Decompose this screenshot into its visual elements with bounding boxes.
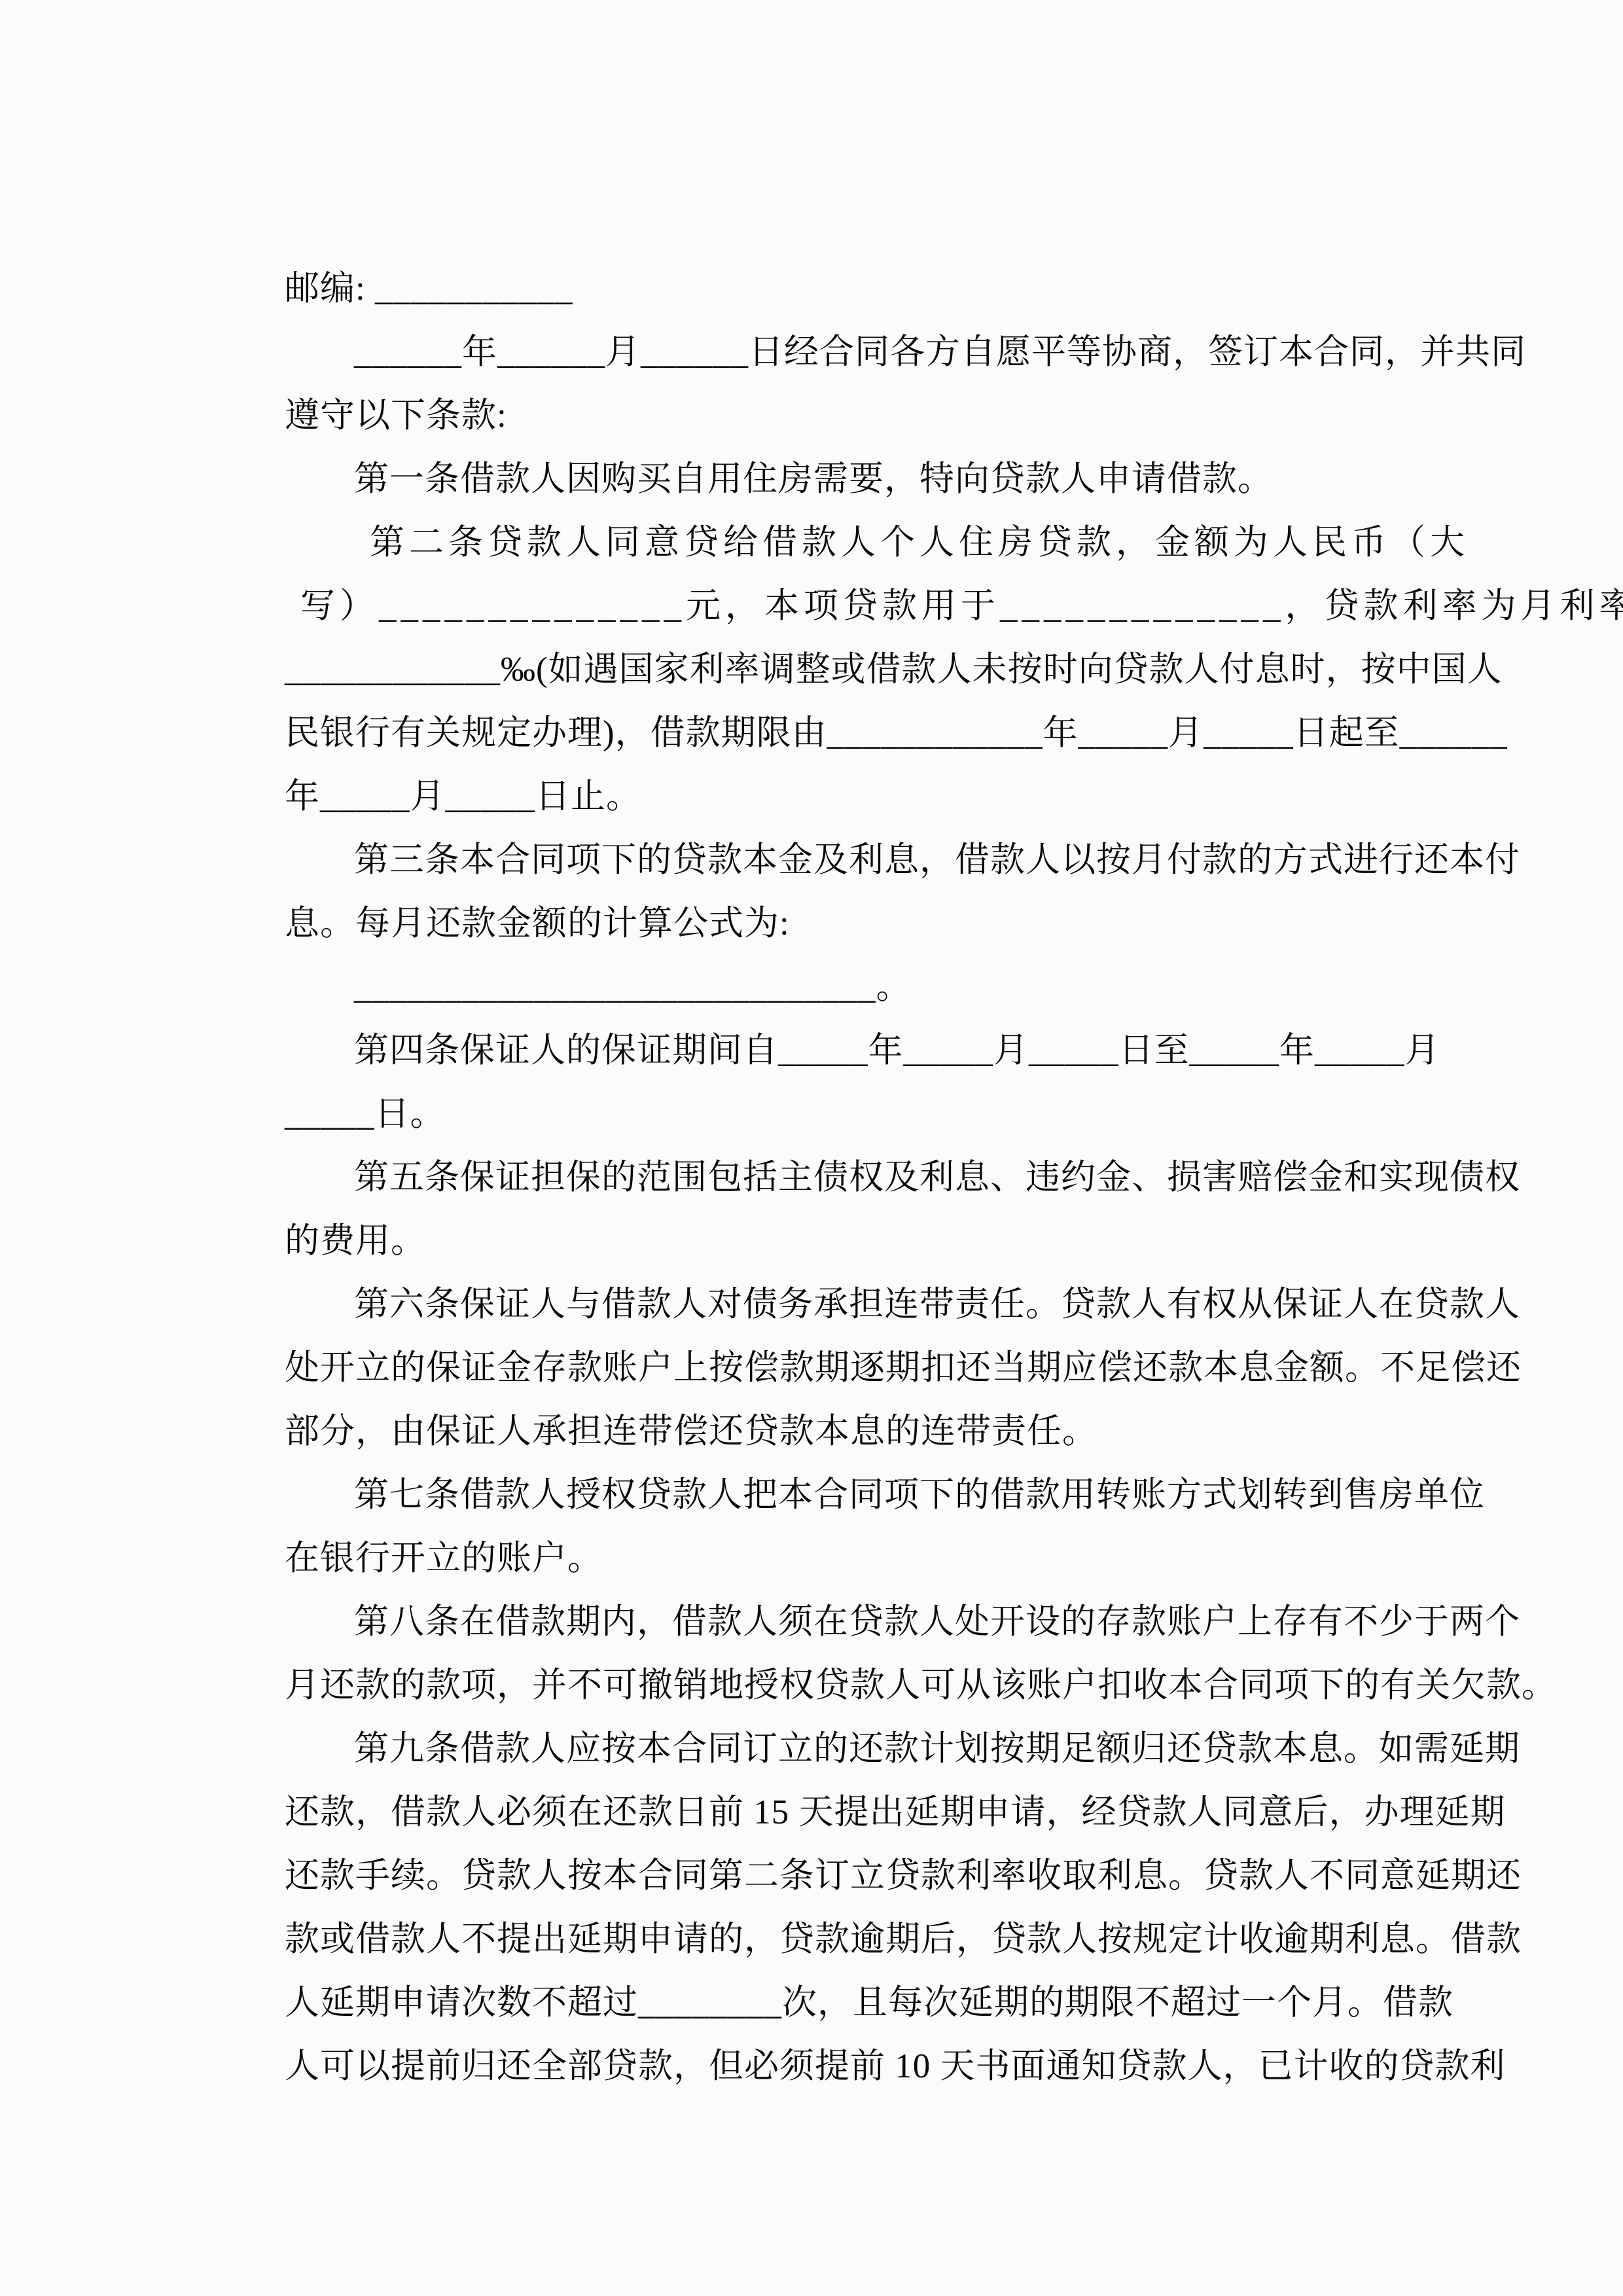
line-text: ____________‰(如遇国家利率调整或借款人未按时向贷款人付息时，按中国… xyxy=(285,651,1503,689)
line-text: 第七条借款人授权贷款人把本合同项下的借款用转账方式划转到售房单位 xyxy=(354,1476,1485,1514)
line-text: 还款手续。贷款人按本合同第二条订立贷款利率收取利息。贷款人不同意延期还 xyxy=(285,1857,1522,1895)
line-text: 第二条贷款人同意贷给借款人个人住房贷款，金额为人民币（大 xyxy=(370,524,1469,562)
line-text: 邮编: ___________ xyxy=(285,270,573,308)
line-text: 的费用。 xyxy=(285,1222,426,1260)
line-text: 第五条保证担保的范围包括主债权及利息、违约金、损害赔偿金和实现债权 xyxy=(354,1158,1520,1196)
line-text: 第九条借款人应按本合同订立的还款计划按期足额归还贷款本息。如需延期 xyxy=(354,1730,1520,1768)
line-text: 还款，借款人必须在还款日前 15 天提出延期申请，经贷款人同意后，办理延期 xyxy=(285,1793,1506,1831)
line-text: 第三条本合同项下的贷款本金及利息，借款人以按月付款的方式进行还本付 xyxy=(354,841,1520,879)
line-text: _____日。 xyxy=(285,1095,446,1133)
line-text: 人延期申请次数不超过________次，且每次延期的期限不超过一个月。借款 xyxy=(285,1984,1454,2022)
line-text: ______年______月______日经合同各方自愿平等协商，签订本合同，并… xyxy=(354,333,1526,371)
line-text: 部分，由保证人承担连带偿还贷款本息的连带责任。 xyxy=(285,1412,1097,1450)
document-line: 邮编: ___________ xyxy=(247,194,1394,257)
line-text: 第四条保证人的保证期间自_____年_____月_____日至_____年___… xyxy=(354,1031,1440,1069)
line-text: 款或借款人不提出延期申请的，贷款逾期后，贷款人按规定计收逾期利息。借款 xyxy=(285,1920,1522,1958)
line-text: 遵守以下条款: xyxy=(285,397,507,435)
contract-lines: 邮编: ___________ ______年______月______日经合同… xyxy=(0,0,1623,2035)
line-text: 在银行开立的账户。 xyxy=(285,1539,603,1577)
line-text: 第八条在借款期内，借款人须在贷款人处开设的存款账户上存有不少于两个 xyxy=(354,1603,1520,1641)
line-text: 写）______________元，本项贷款用于_____________，贷款… xyxy=(300,587,1623,625)
line-text: 第六条保证人与借款人对债务承担连带责任。贷款人有权从保证人在贷款人 xyxy=(354,1285,1520,1323)
line-text: 第一条借款人因购买自用住房需要，特向贷款人申请借款。 xyxy=(354,460,1273,498)
line-text: 息。每月还款金额的计算公式为: xyxy=(285,905,790,942)
line-text: _____________________________。 xyxy=(354,968,912,1006)
line-text: 人可以提前归还全部贷款，但必须提前 10 天书面通知贷款人，已计收的贷款利 xyxy=(285,2047,1506,2085)
line-text: 民银行有关规定办理)，借款期限由____________年_____月_____… xyxy=(285,714,1508,752)
line-text: 年_____月_____日止。 xyxy=(285,778,641,816)
contract-document-page: 邮编: ___________ ______年______月______日经合同… xyxy=(0,0,1623,2296)
line-text: 月还款的款项，并不可撤销地授权贷款人可从该账户扣收本合同项下的有关欠款。 xyxy=(285,1666,1557,1704)
line-text: 处开立的保证金存款账户上按偿款期逐期扣还当期应偿还款本息金额。不足偿还 xyxy=(285,1349,1522,1387)
